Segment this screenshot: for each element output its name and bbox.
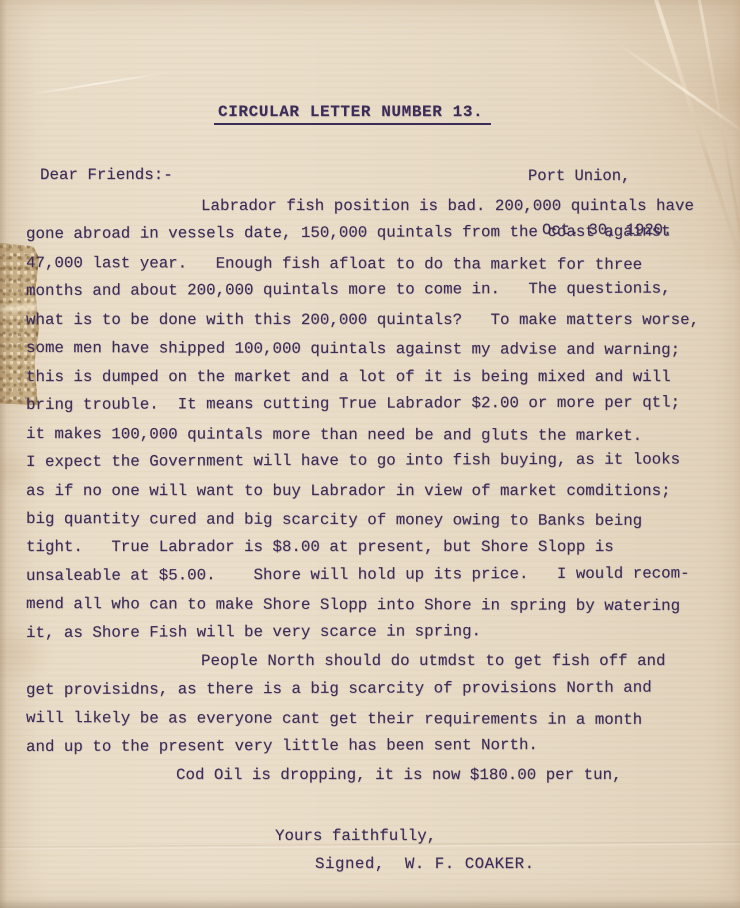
crease-line bbox=[616, 42, 740, 139]
paragraph: Labrador fish position is bad. 200,000 q… bbox=[26, 192, 726, 647]
letter-body-paragraphs: Labrador fish position is bad. 200,000 q… bbox=[26, 192, 726, 790]
crease-line bbox=[20, 71, 173, 97]
letter-body: Labrador fish position is bad. 200,000 q… bbox=[26, 192, 726, 878]
letter-line: what is to be done with this 200,000 qui… bbox=[26, 306, 726, 334]
letter-line: gone abroad in vessels date, 150,000 qui… bbox=[26, 218, 726, 249]
letter-line: Cod Oil is dropping, it is now $180.00 p… bbox=[176, 761, 726, 789]
letter-line: bring trouble. It means cutting True Lab… bbox=[26, 388, 726, 419]
letter-line: Labrador fish position is bad. 200,000 q… bbox=[201, 192, 726, 220]
letter-line: some men have shipped 100,000 quintals a… bbox=[26, 334, 726, 365]
paper-edge bbox=[0, 898, 740, 908]
place-line: Port Union, bbox=[528, 167, 672, 185]
letter-line: and up to the present very little has be… bbox=[26, 730, 726, 761]
letter-line: I expect the Government will have to go … bbox=[26, 445, 726, 476]
salutation: Dear Friends:- bbox=[40, 166, 173, 184]
letter-line: as if no one will want to buy Labrador i… bbox=[26, 477, 726, 505]
letter-line: this is dumped on the market and a lot o… bbox=[26, 363, 726, 391]
letter-paper: CIRCULAR LETTER NUMBER 13. Port Union, O… bbox=[0, 0, 740, 908]
signature-line: Signed, W. F. COAKER. bbox=[315, 850, 726, 878]
letter-line: it, as Shore Fish will be very scarce in… bbox=[26, 616, 726, 647]
letter-line: People North should do utmdst to get fis… bbox=[201, 647, 726, 675]
letter-line: tight. True Labrador is $8.00 at present… bbox=[26, 533, 726, 561]
paper-edge bbox=[0, 0, 7, 908]
page-title: CIRCULAR LETTER NUMBER 13. bbox=[214, 103, 491, 125]
closing-line: Yours faithfully, bbox=[275, 822, 726, 850]
paragraph: People North should do utmdst to get fis… bbox=[26, 647, 726, 761]
paragraph: Cod Oil is dropping, it is now $180.00 p… bbox=[26, 761, 726, 789]
letter-line: unsaleable at $5.00. Shore will hold up … bbox=[26, 559, 726, 590]
letter-line: months and about 200,000 quintals more t… bbox=[26, 275, 726, 306]
letter-line: get provisidns, as there is a big scarci… bbox=[26, 673, 726, 704]
letter-line: big quantity cured and big scarcity of m… bbox=[26, 505, 726, 536]
